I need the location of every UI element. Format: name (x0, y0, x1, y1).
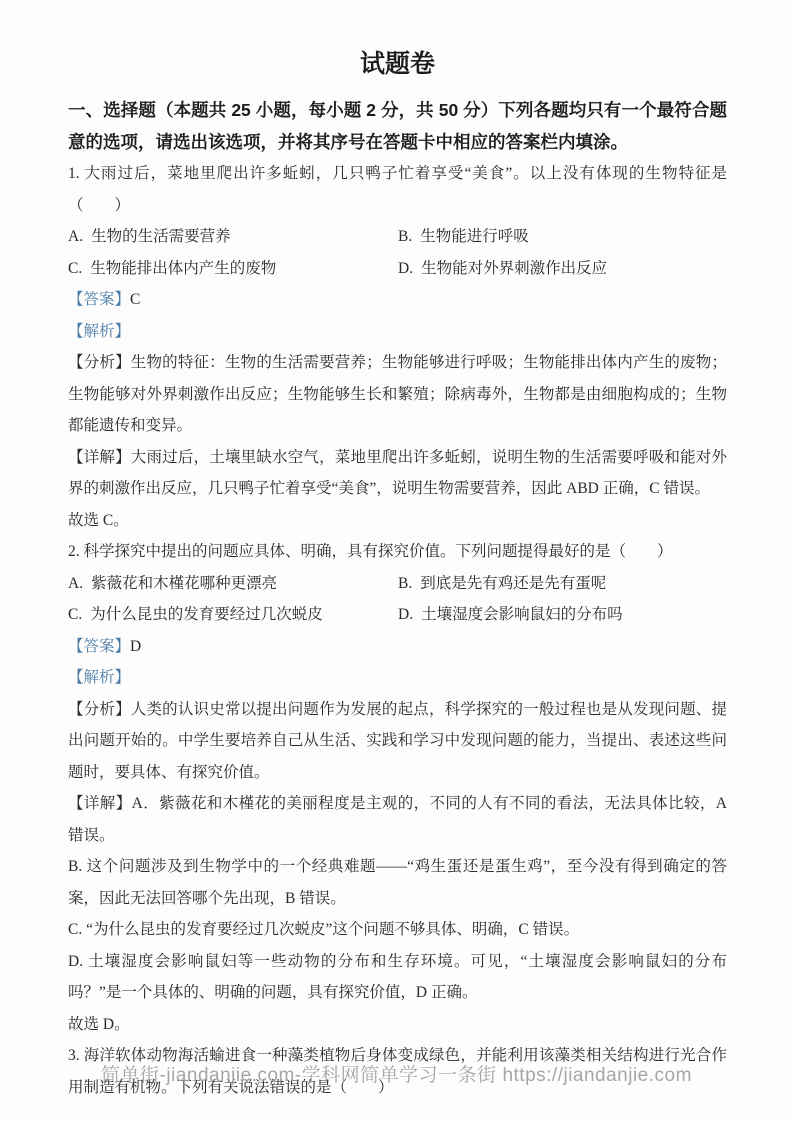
question-2-answer-line: 【答案】D (68, 631, 727, 663)
fenxi-text: 人类的认识史常以提出问题作为发展的起点，科学探究的一般过程也是从发现问题、提出问… (68, 701, 727, 781)
watermark-footer: 简单街-jiandanjie.com-学科网简单学习一条街 https://ji… (0, 1062, 793, 1090)
question-2-conclusion: 故选 D。 (68, 1009, 727, 1041)
question-2-option-d: D.土壤湿度会影响鼠妇的分布吗 (398, 599, 623, 631)
question-1-option-a: A.生物的生活需要营养 (68, 221, 398, 253)
analysis-label: 【解析】 (68, 669, 130, 686)
question-1-option-b: B.生物能进行呼吸 (398, 221, 529, 253)
question-2-analysis-header: 【解析】 (68, 662, 727, 694)
document-content: 试题卷 一、选择题（本题共 25 小题，每小题 2 分，共 50 分）下列各题均… (0, 0, 793, 1103)
option-text: 生物能对外界刺激作出反应 (421, 260, 607, 277)
question-2-stem: 2. 科学探究中提出的问题应具体、明确，具有探究价值。下列问题提得最好的是（ ） (68, 536, 727, 568)
question-1-options-row-cd: C.生物能排出体内产生的废物 D.生物能对外界刺激作出反应 (68, 253, 727, 285)
option-text: 为什么昆虫的发育要经过几次蜕皮 (90, 606, 323, 623)
option-label: D. (398, 606, 413, 623)
option-label: D. (398, 260, 413, 277)
answer-label: 【答案】 (68, 291, 130, 308)
question-2-xiangjie-a: 【详解】A．紫薇花和木槿花的美丽程度是主观的，不同的人有不同的看法，无法具体比较… (68, 788, 727, 851)
option-label: C. (68, 606, 82, 623)
question-1-xiangjie: 【详解】大雨过后，土壤里缺水空气，菜地里爬出许多蚯蚓，说明生物的生活需要呼吸和能… (68, 442, 727, 505)
question-1-analysis-header: 【解析】 (68, 316, 727, 348)
option-label: A. (68, 575, 83, 592)
question-2-xiangjie-c: C. “为什么昆虫的发育要经过几次蜕皮”这个问题不够具体、明确，C 错误。 (68, 914, 727, 946)
analysis-label: 【解析】 (68, 323, 130, 340)
question-1-option-d: D.生物能对外界刺激作出反应 (398, 253, 607, 285)
question-1-option-c: C.生物能排出体内产生的废物 (68, 253, 398, 285)
option-text: 生物的生活需要营养 (91, 228, 231, 245)
fenxi-text: 生物的特征：生物的生活需要营养；生物能够进行呼吸；生物能排出体内产生的废物；生物… (68, 354, 727, 434)
question-1-answer-line: 【答案】C (68, 284, 727, 316)
answer-value: D (130, 638, 141, 655)
question-2-option-c: C.为什么昆虫的发育要经过几次蜕皮 (68, 599, 398, 631)
question-2-option-a: A.紫薇花和木槿花哪种更漂亮 (68, 568, 398, 600)
xiangjie-text: 大雨过后，土壤里缺水空气，菜地里爬出许多蚯蚓，说明生物的生活需要呼吸和能对外界的… (68, 449, 727, 498)
question-2-xiangjie-d: D. 土壤湿度会影响鼠妇等一些动物的分布和生存环境。可见，“土壤湿度会影响鼠妇的… (68, 946, 727, 1009)
option-label: C. (68, 260, 82, 277)
question-1-options-row-ab: A.生物的生活需要营养 B.生物能进行呼吸 (68, 221, 727, 253)
answer-label: 【答案】 (68, 638, 130, 655)
question-2-xiangjie-b: B. 这个问题涉及到生物学中的一个经典难题——“鸡生蛋还是蛋生鸡”，至今没有得到… (68, 851, 727, 914)
page-title: 试题卷 (68, 44, 727, 84)
question-1-stem: 1. 大雨过后，菜地里爬出许多蚯蚓，几只鸭子忙着享受“美食”。以上没有体现的生物… (68, 158, 727, 221)
xiangjie-label: 【详解】 (68, 795, 132, 812)
option-text: 生物能进行呼吸 (420, 228, 529, 245)
xiangjie-text: A．紫薇花和木槿花的美丽程度是主观的，不同的人有不同的看法，无法具体比较，A 错… (68, 795, 727, 844)
question-1-conclusion: 故选 C。 (68, 505, 727, 537)
question-2-fenxi: 【分析】人类的认识史常以提出问题作为发展的起点，科学探究的一般过程也是从发现问题… (68, 694, 727, 789)
option-label: B. (398, 575, 412, 592)
answer-value: C (130, 291, 140, 308)
section-header: 一、选择题（本题共 25 小题，每小题 2 分，共 50 分）下列各题均只有一个… (68, 94, 727, 158)
option-text: 到底是先有鸡还是先有蛋呢 (420, 575, 606, 592)
fenxi-label: 【分析】 (68, 354, 131, 371)
option-text: 生物能排出体内产生的废物 (90, 260, 276, 277)
question-2-options-row-ab: A.紫薇花和木槿花哪种更漂亮 B.到底是先有鸡还是先有蛋呢 (68, 568, 727, 600)
fenxi-label: 【分析】 (68, 701, 131, 718)
question-1-fenxi: 【分析】生物的特征：生物的生活需要营养；生物能够进行呼吸；生物能排出体内产生的废… (68, 347, 727, 442)
option-text: 土壤湿度会影响鼠妇的分布吗 (421, 606, 623, 623)
question-2-options-row-cd: C.为什么昆虫的发育要经过几次蜕皮 D.土壤湿度会影响鼠妇的分布吗 (68, 599, 727, 631)
option-text: 紫薇花和木槿花哪种更漂亮 (91, 575, 277, 592)
option-label: A. (68, 228, 83, 245)
xiangjie-label: 【详解】 (68, 449, 131, 466)
question-2-option-b: B.到底是先有鸡还是先有蛋呢 (398, 568, 606, 600)
document-page: 试题卷 一、选择题（本题共 25 小题，每小题 2 分，共 50 分）下列各题均… (0, 0, 793, 1122)
option-label: B. (398, 228, 412, 245)
